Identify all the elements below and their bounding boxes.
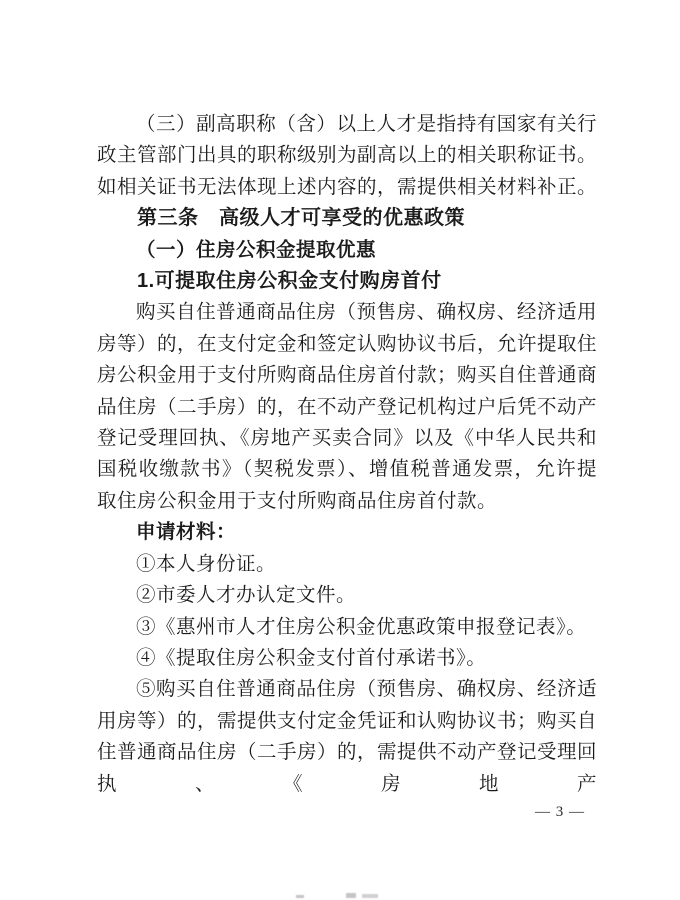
heading-item-1-withdraw-downpayment: 1.可提取住房公积金支付购房首付 — [97, 266, 597, 297]
list-item-4-commitment-letter: ④《提取住房公积金支付首付承诺书》。 — [97, 643, 597, 674]
list-item-1-id-card: ①本人身份证。 — [97, 549, 597, 580]
paragraph-withdrawal-policy: 购买自住普通商品住房（预售房、确权房、经济适用房等）的，在支付定金和签定认购协议… — [97, 297, 597, 517]
scan-artifact — [346, 893, 356, 898]
heading-application-materials: 申请材料： — [97, 517, 597, 548]
list-item-3-registration-form: ③《惠州市人才住房公积金优惠政策申报登记表》。 — [97, 612, 597, 643]
page-number: — 3 — — [530, 804, 590, 821]
document-page: （三）副高职称（含）以上人才是指持有国家有关行政主管部门出具的职称级别为副高以上… — [0, 0, 680, 900]
list-item-2-talent-office-document: ②市委人才办认定文件。 — [97, 580, 597, 611]
scan-artifact — [296, 895, 304, 898]
document-body: （三）副高职称（含）以上人才是指持有国家有关行政主管部门出具的职称级别为副高以上… — [97, 109, 597, 800]
heading-article-3: 第三条 高级人才可享受的优惠政策 — [97, 203, 597, 234]
heading-section-1-provident-fund: （一）住房公积金提取优惠 — [97, 235, 597, 266]
paragraph-clause-3-definition: （三）副高职称（含）以上人才是指持有国家有关行政主管部门出具的职称级别为副高以上… — [97, 109, 597, 203]
scan-artifact — [362, 894, 378, 898]
list-item-5-purchase-proof: ⑤购买自住普通商品住房（预售房、确权房、经济适用房等）的，需提供支付定金凭证和认… — [97, 674, 597, 800]
